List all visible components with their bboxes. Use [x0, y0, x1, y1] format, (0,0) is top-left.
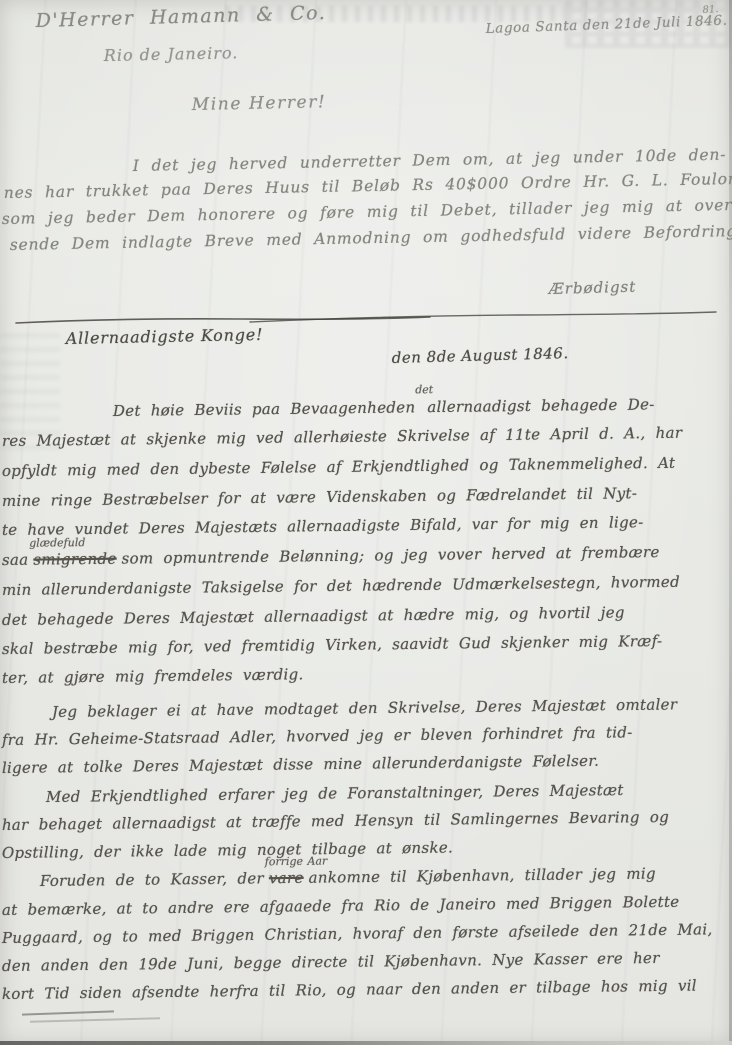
letter1-dateline: Lagoa Santa den 21de Juli 1846. — [485, 13, 727, 37]
letter1-body-line: sende Dem indlagte Breve med Anmodning o… — [10, 222, 732, 254]
next-page-peek-mark — [30, 1017, 160, 1022]
letter2-body-line: ter, at gjøre mig fremdeles værdig. — [2, 665, 304, 687]
letter2-body-line: opfyldt mig med den dybeste Følelse af E… — [2, 454, 676, 480]
text-segment: som opmuntrende Belønning; og jeg vover … — [121, 543, 659, 568]
letter2-body-line: har behaget allernaadigst at træffe med … — [2, 808, 669, 834]
edit-group: vareforrige Aar — [269, 869, 304, 887]
struck-word: smigrende — [33, 550, 116, 569]
text-segment: Det høie Beviis paa Bevaagenheden — [113, 398, 416, 420]
letter2-body-line-with-insertion: Det høie Beviis paa Bevaagenhedendetalle… — [113, 394, 659, 420]
page-edge-shadow-bottom — [0, 1041, 732, 1045]
letter1-recipient-place: Rio de Janeiro. — [104, 43, 239, 65]
letter2-body-line: min allerunderdanigste Taksigelse for de… — [2, 573, 680, 599]
text-segment: ankomne til Kjøbenhavn, tillader jeg mig — [308, 864, 655, 886]
letter1-recipient-line: D'Herrer Hamann & Co. — [35, 2, 326, 32]
letter2-body-line: Opstilling, der ikke lade mig noget tilb… — [2, 838, 453, 862]
insertion-anchor: det — [419, 397, 427, 412]
letter2-body-line-with-edit: Foruden de to Kasser, dervareforrige Aar… — [40, 864, 660, 890]
inserted-word-above: forrige Aar — [265, 854, 328, 868]
letter1-body-line: som jeg beder Dem honorere og føre mig t… — [2, 196, 732, 228]
letter2-body-line: det behagede Deres Majestæt allernaadigs… — [2, 603, 625, 629]
scanned-letter-page: 81. D'Herrer Hamann & Co. Rio de Janeiro… — [0, 0, 732, 1045]
letter1-body-line: I det jeg herved underretter Dem om, at … — [133, 146, 727, 175]
edit-group: smigrendeglædefuld — [33, 550, 116, 569]
next-page-peek-mark — [22, 1010, 114, 1015]
letter2-body-line: kort Tid siden afsendte herfra til Rio, … — [2, 977, 697, 1003]
letter2-salutation: Allernaadigste Konge! — [66, 325, 264, 348]
letter2-body-line: ligere at tolke Deres Majestæt disse min… — [2, 752, 600, 777]
letter2-body-line: fra Hr. Geheime-Statsraad Adler, hvorved… — [2, 723, 633, 749]
letter2-body-line: Jeg beklager ei at have modtaget den Skr… — [52, 695, 678, 721]
letter1-salutation: Mine Herrer! — [192, 92, 327, 115]
letter2-dateline: den 8de August 1846. — [391, 344, 568, 367]
letter2-body-line: at bemærke, at to andre ere afgaaede fra… — [2, 893, 680, 919]
letter2-body-line: Med Erkjendtlighed erfarer jeg de Forans… — [46, 781, 624, 806]
struck-word: vare — [269, 869, 304, 887]
letter2-body-line: den anden den 19de Juni, begge directe t… — [2, 949, 660, 975]
letter2-body-line: mine ringe Bestræbelser for at være Vide… — [2, 484, 637, 510]
letter2-body-line: skal bestræbe mig for, ved fremtidig Vir… — [2, 632, 663, 658]
letter2-body-line: res Majestæt at skjenke mig ved allerhøi… — [2, 424, 683, 450]
text-segment: saa — [2, 551, 29, 569]
letter2-body-line: Puggaard, og to med Briggen Christian, h… — [2, 920, 713, 947]
inserted-word-above: glædefuld — [29, 536, 85, 550]
inserted-word-above: det — [415, 383, 433, 396]
letter2-body-line: te have vundet Deres Majestæts allernaad… — [2, 513, 644, 539]
text-segment: Foruden de to Kasser, der — [40, 869, 264, 890]
text-segment: allernaadigst behagede De- — [427, 395, 654, 416]
letter2-body-line-with-edit: saasmigrendeglædefuldsom opmuntrende Bel… — [2, 543, 664, 569]
letter1-closing: Ærbødigst — [548, 278, 636, 298]
